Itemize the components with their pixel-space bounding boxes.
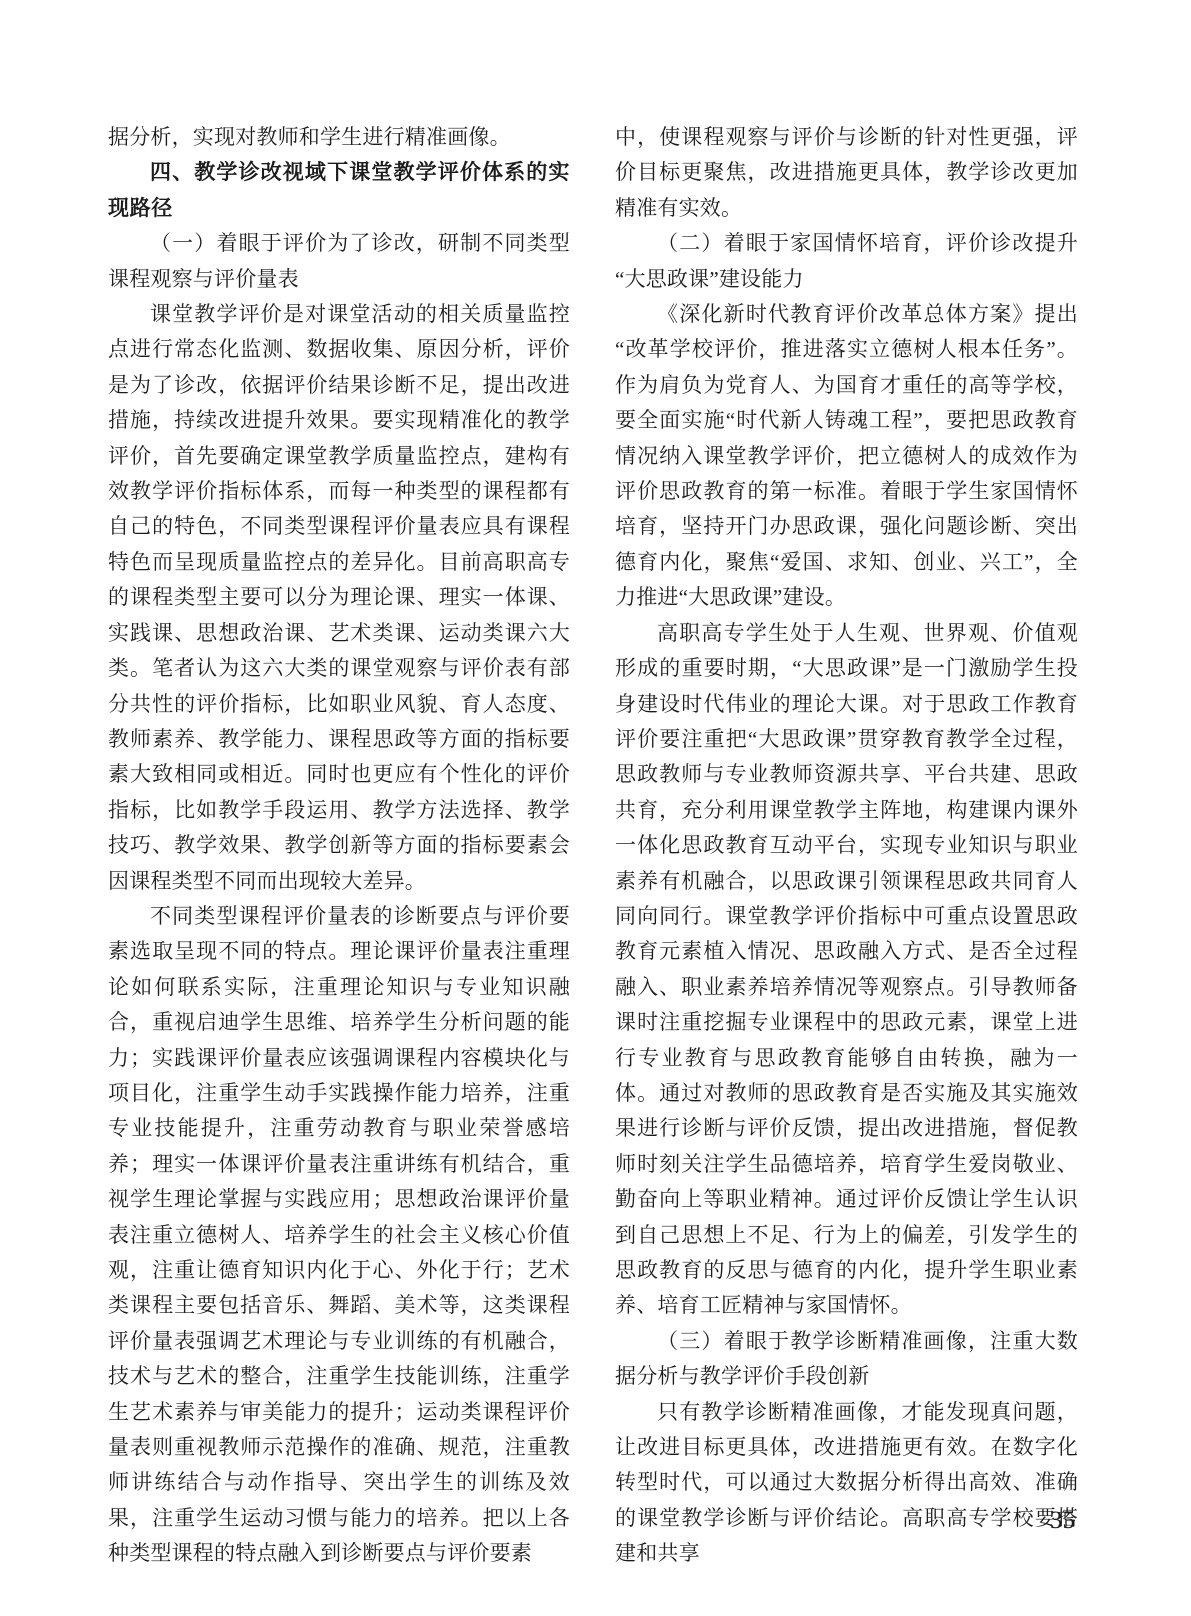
subsection-heading-1: （一）着眼于评价为了诊改，研制不同类型课程观察与评价量表 — [108, 226, 570, 297]
body-paragraph: 只有教学诊断精准画像，才能发现真问题，让改进目标更具体，改进措施更有效。在数字化… — [615, 1395, 1078, 1572]
page-number: 35 — [1050, 1506, 1075, 1536]
body-paragraph: 高职高专学生处于人生观、世界观、价值观形成的重要时期，“大思政课”是一门激励学生… — [615, 616, 1078, 1324]
body-paragraph: 《深化新时代教育评价改革总体方案》提出“改革学校评价，推进落实立德树人根本任务”… — [615, 297, 1078, 616]
body-paragraph: 不同类型课程评价量表的诊断要点与评价要素选取呈现不同的特点。理论课评价量表注重理… — [108, 899, 570, 1572]
section-heading: 四、教学诊改视域下课堂教学评价体系的实现路径 — [108, 155, 570, 226]
continuation-paragraph: 据分析，实现对教师和学生进行精准画像。 — [108, 120, 570, 155]
continuation-paragraph: 中，使课程观察与评价与诊断的针对性更强，评价目标更聚焦，改进措施更具体，教学诊改… — [615, 120, 1078, 226]
subsection-heading-2: （二）着眼于家国情怀培育，评价诊改提升“大思政课”建设能力 — [615, 226, 1078, 297]
journal-page: 据分析，实现对教师和学生进行精准画像。 四、教学诊改视域下课堂教学评价体系的实现… — [0, 0, 1191, 1616]
subsection-heading-3: （三）着眼于教学诊断精准画像，注重大数据分析与教学评价手段创新 — [615, 1324, 1078, 1395]
right-column: 中，使课程观察与评价与诊断的针对性更强，评价目标更聚焦，改进措施更具体，教学诊改… — [615, 120, 1078, 1572]
left-column: 据分析，实现对教师和学生进行精准画像。 四、教学诊改视域下课堂教学评价体系的实现… — [108, 120, 570, 1572]
body-paragraph: 课堂教学评价是对课堂活动的相关质量监控点进行常态化监测、数据收集、原因分析，评价… — [108, 297, 570, 899]
